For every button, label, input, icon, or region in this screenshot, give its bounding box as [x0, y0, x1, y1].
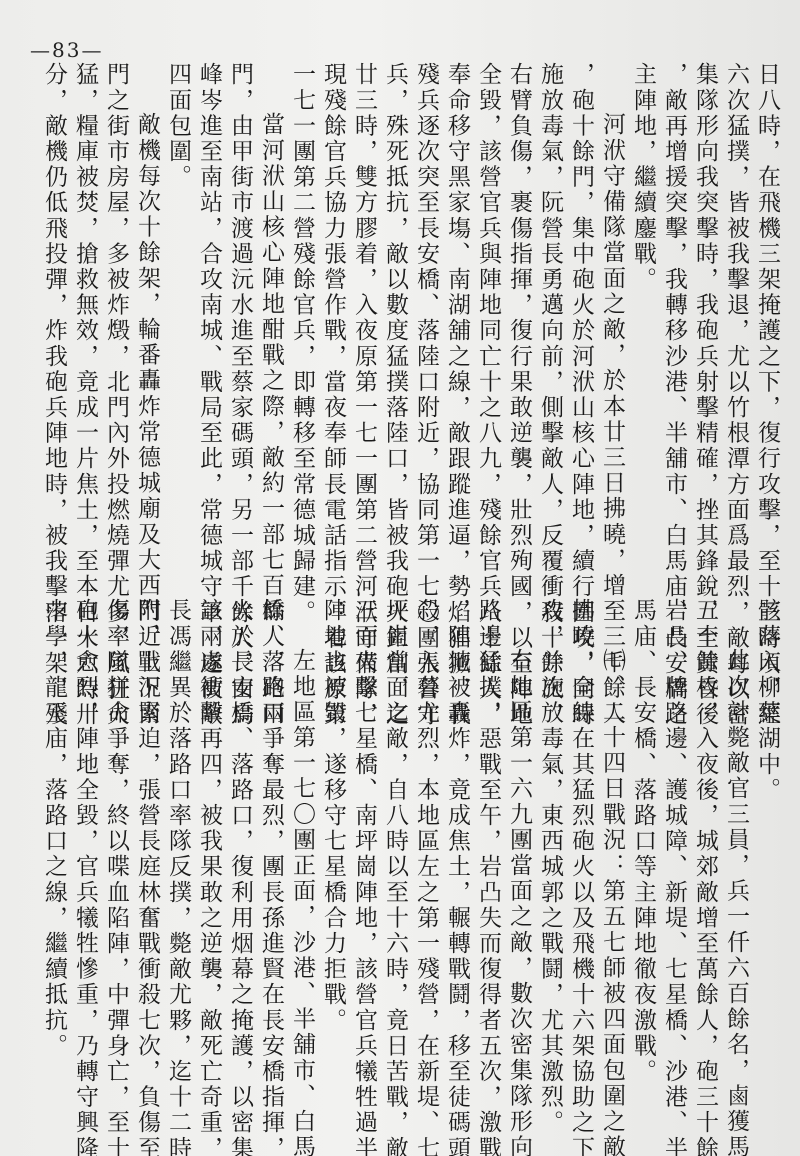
scanned-page: —83— 日八時，在飛機三架掩護之下，復行攻擊，至十三時頃，經六次猛撲，皆被我擊…: [0, 0, 800, 1156]
text-column: 現殘餘官兵協力張營作戰，當夜奉師長電話指示：着該原第: [317, 62, 348, 582]
text-column: 分，敵機仍低飛投彈，炸我砲兵陣地時，被我擊落一架，殘: [38, 62, 69, 582]
text-column: 廿三時，雙方膠着，入夜原第一七一團第二營河洑守備隊，: [348, 62, 379, 582]
text-column: 路邊猛撲，惡戰至午，岩凸失而復得者五次，激戰至十八時: [472, 598, 503, 1078]
text-column: 主陣地，繼續鏖戰。: [627, 62, 658, 582]
text-column: 一七一團第二營殘餘官兵，即轉移至常德城歸建。: [286, 62, 317, 582]
text-column: 左地區第一七〇團正面，沙港、半舖市、白馬庙、長安: [286, 598, 317, 1078]
page-number: —83—: [30, 38, 103, 62]
text-column: 右臂負傷，裹傷指揮，復行果敢逆襲，壯烈殉國，以至陣地: [503, 62, 534, 582]
text-column: 此次計斃敵官三員，兵一仟六百餘名，鹵獲馬五匹，槍: [720, 598, 751, 1078]
text-column: 河洑守備隊當面之敵，於本廿三日拂曉，增至三千餘人: [596, 62, 627, 582]
text-column: 三面夾擊七星橋、南坪崗陣地，該營官兵犧牲過半，南坪崗: [348, 598, 379, 1078]
text-column: ，敵再增援突擊，我轉移沙港、半舖市、白馬庙、長安橋之: [658, 62, 689, 582]
text-column: 敵機每次十餘架，輪番轟炸常德城廟及大西門，上下南: [131, 62, 162, 582]
text-column: 長馮繼異於落路口率隊反撲，斃敵尤夥，迄十二時，長安橋: [162, 598, 193, 1078]
text-block-upper: 日八時，在飛機三架掩護之下，復行攻擊，至十三時頃，經六次猛撲，皆被我擊退，尤以竹…: [38, 62, 782, 582]
text-column: 附近戰況緊迫，張營長庭林奮戰衝殺七次，負傷至再，猶裹: [131, 598, 162, 1078]
text-column: 五十餘枚，入夜後，城郊敵增至萬餘人，砲三十餘門，與我: [689, 598, 720, 1078]
text-column: 傷率隊拼命爭奪，終以喋血陷陣，中彈身亡，至十六時，敵: [100, 598, 131, 1078]
text-column: 當河洑山核心陣地酣戰之際，敵約一部七百餘人，砲兩: [255, 62, 286, 582]
text-column: 殘兵逐次突至長安橋、落陸口附近，協同第一七〇團張營守: [410, 62, 441, 582]
text-column: 攻，并施放毒氣，東西城郭之戰鬪，尤其激烈。: [534, 598, 565, 1078]
text-column: 坪崗當面之敵，自八時以至十六時，竟日苦戰，敵由東西北: [379, 598, 410, 1078]
text-column: 六次猛撲，皆被我擊退，尤以竹根潭方面爲最烈，敵每以密: [720, 62, 751, 582]
text-column: 岩凸、牌路邊、護城障、新堤、七星橋、沙港、半舖市、白: [658, 598, 689, 1078]
text-column: 門之街市房屋，多被炸燬，北門內外投燃燒彈尤多，風狂火: [100, 62, 131, 582]
text-column: 馬庙、長安橋、落路口等主陣地徹夜激戰。: [627, 598, 658, 1078]
text-column: 全毀，該營官兵與陣地同亡十之八九，殘餘官兵八十餘人，: [472, 62, 503, 582]
text-block-lower: 骸落入柳葉湖中。此次計斃敵官三員，兵一仟六百餘名，鹵獲馬五匹，槍五十餘枚，入夜後…: [38, 598, 782, 1078]
text-column: 陣地也被毀，遂移守七星橋合力拒戰。: [317, 598, 348, 1078]
text-column: 橋、落路口爭奪最烈，團長孫進賢在長安橋指揮，敵集中砲: [255, 598, 286, 1078]
text-column: 日八時，在飛機三架掩護之下，復行攻擊，至十三時頃，經: [751, 62, 782, 582]
text-column: 骸落入柳葉湖中。: [751, 598, 782, 1078]
text-column: ㈦、二十四日戰況：第五七師被四面包圍之敵，於本日: [596, 598, 627, 1078]
text-column: 兵，殊死抵抗，敵以數度猛撲落陸口，皆被我砲火鉅創，迄: [379, 62, 410, 582]
text-column: 拂曉，全線在其猛烈砲火以及飛機十六架協助之下，向我猛: [565, 598, 596, 1078]
text-column: 門，由甲街市渡過沅水進至蔡家碼頭，另一部千餘人，由烏: [224, 62, 255, 582]
text-column: ，陣地被轟炸，竟成焦土，輾轉戰鬪，移至徒碼頭，繼續拼: [441, 598, 472, 1078]
text-column: 猛，糧庫被焚，搶救無效，竟成一片焦土，至本日十六時卅: [69, 62, 100, 582]
text-column: 火於長安橋、落路口，復利用烟幕之掩護，以密集隊形分向: [224, 598, 255, 1078]
text-column: ，砲十餘門，集中砲火於河洑山核心陣地，續行圍攻，同時: [565, 62, 596, 582]
text-column: 右地區第一六九團當面之敵，數次密集隊形向岩凸，牌: [503, 598, 534, 1078]
text-column: 峰岑進至南站，合攻南城、戰局至此，常德城守軍，遂被敵: [193, 62, 224, 582]
text-column: 砲火愈烈，陣地全毀，官兵犧牲慘重，乃轉守興隆橋，漁父: [69, 598, 100, 1078]
text-column: 該兩處衝擊再四，被我果敢之逆襲，敵死亡奇重，同時副團: [193, 598, 224, 1078]
text-column: 殺，入暮尤烈，本地區左之第一殘營，在新堤、七星橋、南: [410, 598, 441, 1078]
text-column: 中學，龍王庙，落路口之線，繼續抵抗。: [38, 598, 69, 1078]
text-column: 施放毒氣，阮營長勇邁向前，側擊敵人，反覆衝殺十餘次，: [534, 62, 565, 582]
text-column: 集隊形向我突擊時，我砲兵射擊精確，挫其鋒銳，至黃昏後: [689, 62, 720, 582]
text-column: 奉命移守黑家塲、南湖舖之線，敵跟蹤進逼，勢焰猖獗，我: [441, 62, 472, 582]
text-column: 四面包圍。: [162, 62, 193, 582]
